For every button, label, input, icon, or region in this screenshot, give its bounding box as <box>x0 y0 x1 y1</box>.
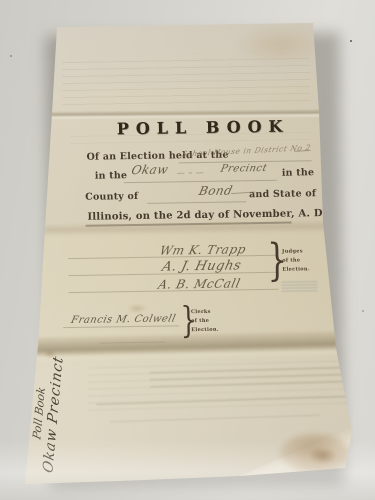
form-line3-blank-rule <box>147 201 246 204</box>
form-line2-precinct-word: Precinct <box>219 163 268 175</box>
judge-signature-3: A. B. McCall <box>157 276 242 291</box>
form-line1-handwritten: School House in District No 2 <box>181 143 312 159</box>
form-line3-printed-right: and State of <box>249 188 316 200</box>
background-speck <box>10 55 12 57</box>
judge-signature-1: Wm K. Trapp <box>158 242 247 257</box>
faint-stamp-marks <box>281 279 317 293</box>
form-line2-dashes: — – — <box>176 168 206 177</box>
photo-background: POLL BOOK Of an Election held at the Sch… <box>0 0 375 500</box>
clerk-signature: Francis M. Colwell <box>70 313 177 326</box>
spine-annotation: Poll Book Okaw Precinct <box>25 325 80 500</box>
form-line3-county-name: Bond <box>197 183 234 198</box>
clerks-label: Clerks of the Election. <box>191 308 219 335</box>
judge-signature-2: A. J. Hughs <box>161 258 243 274</box>
form-line3-printed-left: County of <box>85 191 138 203</box>
background-speck <box>362 310 364 312</box>
form-line2-blank-rule <box>124 180 277 183</box>
clerk-signature-rule-2 <box>99 342 165 344</box>
stain-bottom-right-core <box>310 448 336 464</box>
background-speck <box>350 40 352 42</box>
clerks-label-line3: Election. <box>191 325 219 334</box>
form-line2-printed-left: in the <box>95 170 128 182</box>
form-line4-printed: Illinois, on the 2d day of November, A. … <box>87 208 358 223</box>
form-line2-precinct-name: Okaw <box>130 162 170 177</box>
form-line2-printed-right: in the <box>282 167 315 179</box>
judges-label: Judges of the Election. <box>282 247 310 274</box>
judges-label-line3: Election. <box>282 265 310 274</box>
form-line4-rule <box>86 222 292 227</box>
page-title: POLL BOOK <box>96 116 310 138</box>
